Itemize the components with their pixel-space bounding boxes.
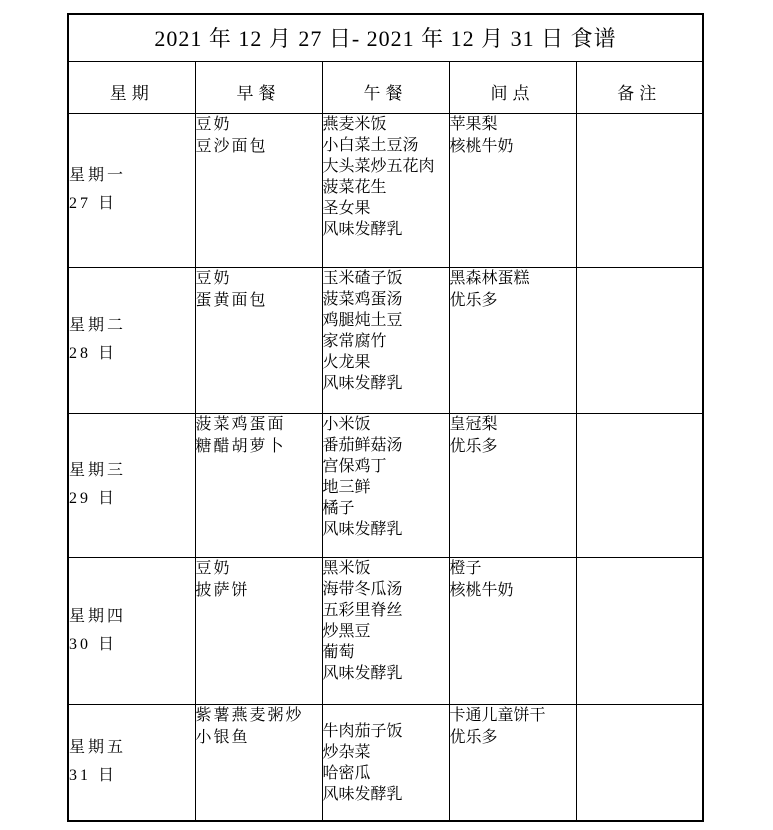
lunch-line: 海带冬瓜汤 <box>323 579 449 600</box>
document-title: 2021 年 12 月 27 日- 2021 年 12 月 31 日 食谱 <box>68 14 703 61</box>
lunch-line: 圣女果 <box>323 198 449 219</box>
breakfast-line: 豆沙面包 <box>196 136 322 158</box>
lunch-line: 宫保鸡丁 <box>323 456 449 477</box>
lunch-line: 炒黑豆 <box>323 621 449 642</box>
lunch-line: 牛肉茄子饭 <box>323 721 449 742</box>
day-line: 星期一 <box>69 162 195 190</box>
day-line: 星期五 <box>69 734 195 762</box>
menu-row: 星期五31 日紫薯燕麦粥炒小银鱼牛肉茄子饭炒杂菜哈密瓜风味发酵乳卡通儿童饼干优乐… <box>68 704 703 821</box>
menu-row: 星期一27 日豆奶豆沙面包燕麦米饭小白菜土豆汤大头菜炒五花肉菠菜花生圣女果风味发… <box>68 113 703 267</box>
breakfast-cell: 紫薯燕麦粥炒小银鱼 <box>195 704 322 821</box>
lunch-line: 橘子 <box>323 498 449 519</box>
day-line: 星期三 <box>69 457 195 485</box>
day-cell: 星期一27 日 <box>68 113 195 267</box>
lunch-cell: 黑米饭海带冬瓜汤五彩里脊丝炒黑豆葡萄风味发酵乳 <box>322 557 449 704</box>
remark-cell <box>576 113 703 267</box>
day-cell: 星期四30 日 <box>68 557 195 704</box>
breakfast-line: 小银鱼 <box>196 727 322 749</box>
column-header-lunch: 午餐 <box>322 61 449 113</box>
snack-line: 黑森林蛋糕 <box>450 268 576 290</box>
lunch-line: 风味发酵乳 <box>323 663 449 684</box>
lunch-line: 小米饭 <box>323 414 449 435</box>
menu-row: 星期三29 日菠菜鸡蛋面糖醋胡萝卜小米饭番茄鲜菇汤宫保鸡丁地三鲜橘子风味发酵乳皇… <box>68 413 703 557</box>
snack-line: 卡通儿童饼干 <box>450 705 576 727</box>
snack-cell: 橙子核桃牛奶 <box>449 557 576 704</box>
snack-line: 核桃牛奶 <box>450 136 576 158</box>
snack-cell: 卡通儿童饼干优乐多 <box>449 704 576 821</box>
breakfast-line: 披萨饼 <box>196 580 322 602</box>
breakfast-line: 蛋黄面包 <box>196 290 322 312</box>
menu-row: 星期四30 日豆奶披萨饼黑米饭海带冬瓜汤五彩里脊丝炒黑豆葡萄风味发酵乳橙子核桃牛… <box>68 557 703 704</box>
breakfast-line: 豆奶 <box>196 114 322 136</box>
menu-document: 2021 年 12 月 27 日- 2021 年 12 月 31 日 食谱 星期… <box>67 13 704 822</box>
column-header-breakfast: 早餐 <box>195 61 322 113</box>
lunch-line: 黑米饭 <box>323 558 449 579</box>
snack-cell: 苹果梨核桃牛奶 <box>449 113 576 267</box>
lunch-line: 哈密瓜 <box>323 763 449 784</box>
lunch-line: 风味发酵乳 <box>323 519 449 540</box>
day-cell: 星期二28 日 <box>68 267 195 413</box>
snack-line: 优乐多 <box>450 290 576 312</box>
remark-cell <box>576 413 703 557</box>
snack-line: 优乐多 <box>450 436 576 458</box>
lunch-cell: 燕麦米饭小白菜土豆汤大头菜炒五花肉菠菜花生圣女果风味发酵乳 <box>322 113 449 267</box>
snack-line: 皇冠梨 <box>450 414 576 436</box>
day-cell: 星期三29 日 <box>68 413 195 557</box>
lunch-line: 风味发酵乳 <box>323 219 449 240</box>
remark-cell <box>576 704 703 821</box>
lunch-cell: 玉米碴子饭菠菜鸡蛋汤鸡腿炖土豆家常腐竹火龙果风味发酵乳 <box>322 267 449 413</box>
lunch-line: 五彩里脊丝 <box>323 600 449 621</box>
column-header-snack: 间点 <box>449 61 576 113</box>
breakfast-cell: 菠菜鸡蛋面糖醋胡萝卜 <box>195 413 322 557</box>
lunch-line: 葡萄 <box>323 642 449 663</box>
column-header-weekday: 星期 <box>68 61 195 113</box>
lunch-cell: 小米饭番茄鲜菇汤宫保鸡丁地三鲜橘子风味发酵乳 <box>322 413 449 557</box>
lunch-line: 地三鲜 <box>323 477 449 498</box>
day-line: 29 日 <box>69 485 195 513</box>
remark-cell <box>576 267 703 413</box>
lunch-line: 玉米碴子饭 <box>323 268 449 289</box>
remark-cell <box>576 557 703 704</box>
lunch-line: 菠菜鸡蛋汤 <box>323 289 449 310</box>
day-cell: 星期五31 日 <box>68 704 195 821</box>
day-line: 星期四 <box>69 603 195 631</box>
lunch-line: 燕麦米饭 <box>323 114 449 135</box>
breakfast-cell: 豆奶披萨饼 <box>195 557 322 704</box>
breakfast-line: 紫薯燕麦粥炒 <box>196 705 322 727</box>
snack-line: 苹果梨 <box>450 114 576 136</box>
lunch-line: 风味发酵乳 <box>323 784 449 805</box>
lunch-line: 风味发酵乳 <box>323 373 449 394</box>
column-header-remark: 备注 <box>576 61 703 113</box>
snack-line: 核桃牛奶 <box>450 580 576 602</box>
day-line: 星期二 <box>69 312 195 340</box>
snack-line: 橙子 <box>450 558 576 580</box>
title-row: 2021 年 12 月 27 日- 2021 年 12 月 31 日 食谱 <box>68 14 703 61</box>
menu-table-body: 星期一27 日豆奶豆沙面包燕麦米饭小白菜土豆汤大头菜炒五花肉菠菜花生圣女果风味发… <box>68 113 703 821</box>
snack-cell: 皇冠梨优乐多 <box>449 413 576 557</box>
lunch-line: 小白菜土豆汤 <box>323 135 449 156</box>
breakfast-line: 菠菜鸡蛋面 <box>196 414 322 436</box>
lunch-line: 菠菜花生 <box>323 177 449 198</box>
day-line: 30 日 <box>69 631 195 659</box>
day-line: 27 日 <box>69 190 195 218</box>
snack-cell: 黑森林蛋糕优乐多 <box>449 267 576 413</box>
menu-row: 星期二28 日豆奶蛋黄面包玉米碴子饭菠菜鸡蛋汤鸡腿炖土豆家常腐竹火龙果风味发酵乳… <box>68 267 703 413</box>
breakfast-line: 豆奶 <box>196 558 322 580</box>
snack-line: 优乐多 <box>450 727 576 749</box>
column-header-row: 星期 早餐 午餐 间点 备注 <box>68 61 703 113</box>
breakfast-cell: 豆奶豆沙面包 <box>195 113 322 267</box>
day-line: 31 日 <box>69 762 195 790</box>
lunch-line: 炒杂菜 <box>323 742 449 763</box>
lunch-line: 家常腐竹 <box>323 331 449 352</box>
lunch-line: 番茄鲜菇汤 <box>323 435 449 456</box>
day-line: 28 日 <box>69 340 195 368</box>
lunch-line: 火龙果 <box>323 352 449 373</box>
lunch-line: 大头菜炒五花肉 <box>323 156 449 177</box>
breakfast-line: 糖醋胡萝卜 <box>196 436 322 458</box>
lunch-cell: 牛肉茄子饭炒杂菜哈密瓜风味发酵乳 <box>322 704 449 821</box>
breakfast-cell: 豆奶蛋黄面包 <box>195 267 322 413</box>
lunch-line: 鸡腿炖土豆 <box>323 310 449 331</box>
breakfast-line: 豆奶 <box>196 268 322 290</box>
menu-table: 2021 年 12 月 27 日- 2021 年 12 月 31 日 食谱 星期… <box>67 13 704 822</box>
menu-table-head: 2021 年 12 月 27 日- 2021 年 12 月 31 日 食谱 星期… <box>68 14 703 113</box>
